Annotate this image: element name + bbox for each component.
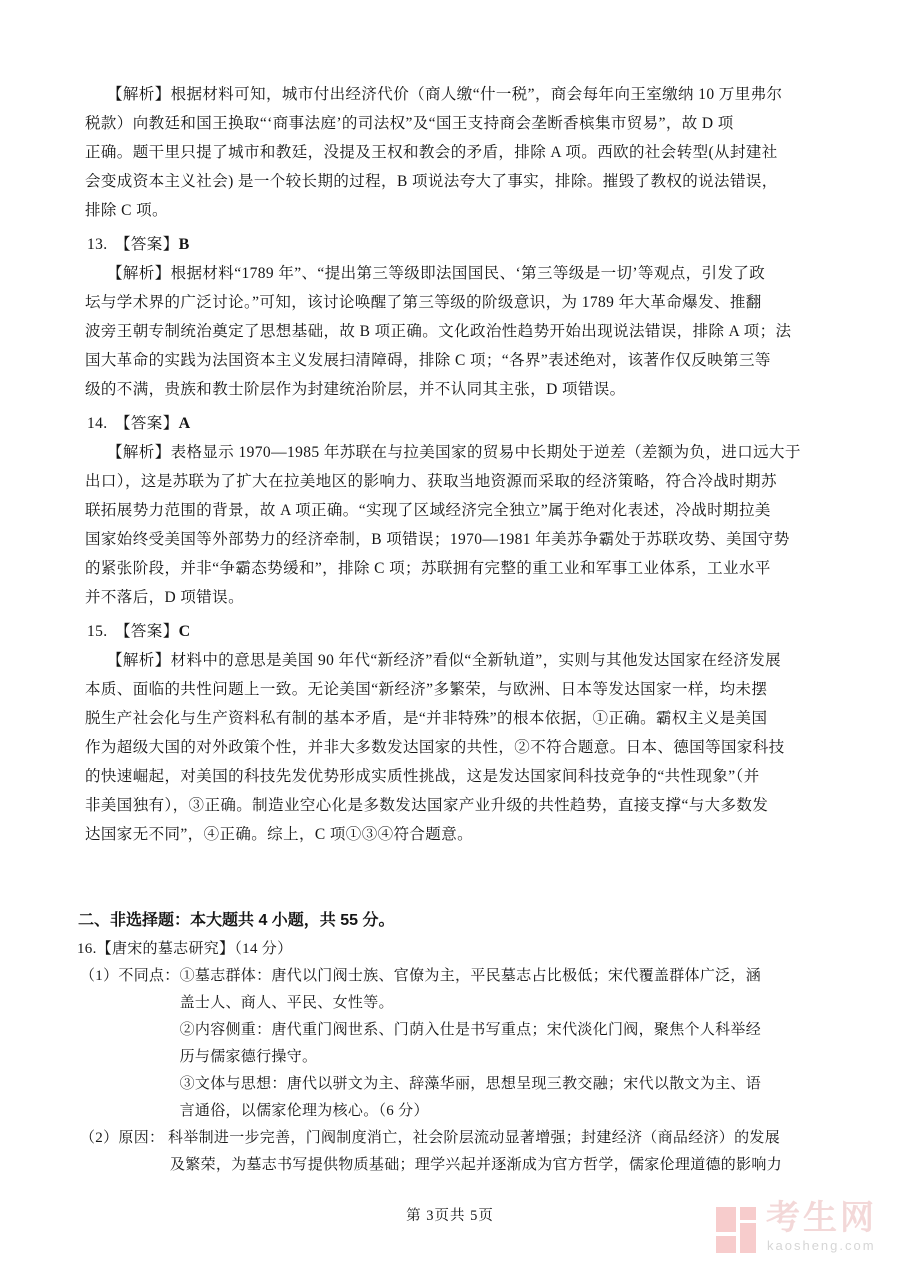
analysis-line: 【解析】材料中的意思是美国 90 年代“新经济”看似“全新轨道”，实则与其他发达… bbox=[107, 646, 900, 675]
analysis-line: 【解析】表格显示 1970—1985 年苏联在与拉美国家的贸易中长期处于逆差（差… bbox=[107, 438, 900, 467]
analysis-line: 并不落后，D 项错误。 bbox=[85, 583, 900, 612]
analysis-line: 会变成资本主义社会) 是一个较长期的过程，B 项说法夸大了事实，排除。摧毁了教权… bbox=[85, 167, 900, 196]
part1-label: （1）不同点： bbox=[80, 963, 180, 1125]
answer-label: 【答案】 bbox=[115, 623, 179, 640]
logo-block bbox=[740, 1223, 756, 1253]
question-block-14: 14.【答案】A 【解析】表格显示 1970—1985 年苏联在与拉美国家的贸易… bbox=[0, 409, 900, 612]
answer-line: 历与儒家德行操守。 bbox=[180, 1044, 761, 1071]
analysis-line: 波旁王朝专制统治奠定了思想基础，故 B 项正确。文化政治性趋势开始出现说法错误，… bbox=[85, 317, 900, 346]
analysis-line: 的快速崛起，对美国的科技先发优势形成实质性挑战，这是发达国家间科技竞争的“共性现… bbox=[85, 762, 900, 791]
answer-line: 及繁荣，为墓志书写提供物质基础；理学兴起并逐渐成为官方哲学，儒家伦理道德的影响力 bbox=[170, 1152, 900, 1179]
question-16-part1: （1）不同点： ①墓志群体：唐代以门阀士族、官僚为主，平民墓志占比极低；宋代覆盖… bbox=[80, 963, 900, 1125]
answer-letter: B bbox=[179, 236, 190, 253]
analysis-line: 正确。题干里只提了城市和教廷，没提及王权和教会的矛盾，排除 A 项。西欧的社会转… bbox=[85, 138, 900, 167]
analysis-paragraph: 【解析】根据材料“1789 年”、“提出第三等级即法国国民、‘第三等级是一切’等… bbox=[85, 259, 900, 404]
analysis-line: 本质、面临的共性问题上一致。无论美国“新经济”多繁荣，与欧洲、日本等发达国家一样… bbox=[85, 675, 900, 704]
part1-answer: ①墓志群体：唐代以门阀士族、官僚为主，平民墓志占比极低；宋代覆盖群体广泛，涵盖士… bbox=[180, 963, 761, 1125]
logo-block bbox=[716, 1236, 736, 1253]
answer-label: 【答案】 bbox=[115, 415, 179, 432]
analysis-line: 脱生产社会化与生产资料私有制的基本矛盾，是“并非特殊”的根本依据，①正确。霸权主… bbox=[85, 704, 900, 733]
analysis-line: 的紧张阶段，并非“争霸态势缓和”，排除 C 项；苏联拥有完整的重工业和军事工业体… bbox=[85, 554, 900, 583]
brand-domain: kaosheng.com bbox=[767, 1238, 876, 1253]
section-two-heading: 二、非选择题：本大题共 4 小题，共 55 分。 bbox=[78, 907, 900, 935]
part2-label: （2）原因： bbox=[80, 1125, 168, 1152]
analysis-line: 排除 C 项。 bbox=[85, 196, 900, 225]
answer-line: ③文体与思想：唐代以骈文为主、辞藻华丽，思想呈现三教交融；宋代以散文为主、语 bbox=[180, 1071, 761, 1098]
question-number: 13. bbox=[87, 230, 115, 259]
analysis-line: 联拓展势力范围的背景，故 A 项正确。“实现了区域经济完全独立”属于绝对化表述，… bbox=[85, 496, 900, 525]
analysis-line: 作为超级大国的对外政策个性，并非大多数发达国家的共性，②不符合题意。日本、德国等… bbox=[85, 733, 900, 762]
analysis-line: 国大革命的实践为法国资本主义发展扫清障碍，排除 C 项；“各界”表述绝对，该著作… bbox=[85, 346, 900, 375]
analysis-paragraph: 【解析】表格显示 1970—1985 年苏联在与拉美国家的贸易中长期处于逆差（差… bbox=[85, 438, 900, 612]
answer-label: 【答案】 bbox=[115, 236, 179, 253]
question-header: 13.【答案】B bbox=[87, 230, 900, 259]
kaosheng-logo: 考生网 kaosheng.com bbox=[716, 1200, 891, 1260]
analysis-line: 非美国独有），③正确。制造业空心化是多数发达国家产业升级的共性趋势，直接支撑“与… bbox=[85, 791, 900, 820]
logo-block bbox=[716, 1207, 736, 1232]
answer-sheet-page: 【解析】根据材料可知，城市付出经济代价（商人缴“什一税”，商会每年向王室缴纳 1… bbox=[0, 80, 900, 1179]
question-number: 14. bbox=[87, 409, 115, 438]
question-block-15: 15.【答案】C 【解析】材料中的意思是美国 90 年代“新经济”看似“全新轨道… bbox=[0, 617, 900, 849]
kaosheng-h-mark-icon bbox=[716, 1207, 757, 1253]
answer-line: 科举制进一步完善，门阀制度消亡，社会阶层流动显著增强；封建经济（商品经济）的发展 bbox=[168, 1125, 780, 1152]
answer-letter: A bbox=[179, 415, 191, 432]
question-number: 15. bbox=[87, 617, 115, 646]
answer-line: ①墓志群体：唐代以门阀士族、官僚为主，平民墓志占比极低；宋代覆盖群体广泛，涵 bbox=[180, 963, 761, 990]
answer-line: 盖士人、商人、平民、女性等。 bbox=[180, 990, 761, 1017]
question-16-title: 16.【唐宋的墓志研究】（14 分） bbox=[77, 935, 900, 963]
analysis-line: 级的不满，贵族和教士阶层作为封建统治阶层，并不认同其主张，D 项错误。 bbox=[85, 375, 900, 404]
answer-letter: C bbox=[179, 623, 191, 640]
brand-name: 考生网 bbox=[766, 1199, 877, 1237]
analysis-line: 【解析】根据材料“1789 年”、“提出第三等级即法国国民、‘第三等级是一切’等… bbox=[107, 259, 900, 288]
logo-block bbox=[740, 1207, 756, 1220]
question-block-13: 13.【答案】B 【解析】根据材料“1789 年”、“提出第三等级即法国国民、‘… bbox=[0, 230, 900, 404]
analysis-line: 【解析】根据材料可知，城市付出经济代价（商人缴“什一税”，商会每年向王室缴纳 1… bbox=[107, 80, 900, 109]
analysis-paragraph-q12: 【解析】根据材料可知，城市付出经济代价（商人缴“什一税”，商会每年向王室缴纳 1… bbox=[85, 80, 900, 225]
answer-line: 言通俗，以儒家伦理为核心。（6 分） bbox=[180, 1098, 761, 1125]
analysis-paragraph: 【解析】材料中的意思是美国 90 年代“新经济”看似“全新轨道”，实则与其他发达… bbox=[85, 646, 900, 849]
analysis-line: 税款）向教廷和国王换取“‘商事法庭’的司法权”及“国王支持商会垄断香槟集市贸易”… bbox=[85, 109, 900, 138]
question-header: 14.【答案】A bbox=[87, 409, 900, 438]
question-header: 15.【答案】C bbox=[87, 617, 900, 646]
analysis-line: 国家始终受美国等外部势力的经济牵制，B 项错误；1970—1981 年美苏争霸处… bbox=[85, 525, 900, 554]
answer-line: ②内容侧重：唐代重门阀世系、门荫入仕是书写重点；宋代淡化门阀，聚焦个人科举经 bbox=[180, 1017, 761, 1044]
analysis-line: 达国家无不同”，④正确。综上，C 项①③④符合题意。 bbox=[85, 820, 900, 849]
analysis-line: 出口），这是苏联为了扩大在拉美地区的影响力、获取当地资源而采取的经济策略，符合冷… bbox=[85, 467, 900, 496]
question-16-part2: （2）原因：科举制进一步完善，门阀制度消亡，社会阶层流动显著增强；封建经济（商品… bbox=[80, 1125, 900, 1179]
part2-first-row: （2）原因：科举制进一步完善，门阀制度消亡，社会阶层流动显著增强；封建经济（商品… bbox=[80, 1125, 900, 1152]
analysis-line: 坛与学术界的广泛讨论。”可知，该讨论唤醒了第三等级的阶级意识，为 1789 年大… bbox=[85, 288, 900, 317]
